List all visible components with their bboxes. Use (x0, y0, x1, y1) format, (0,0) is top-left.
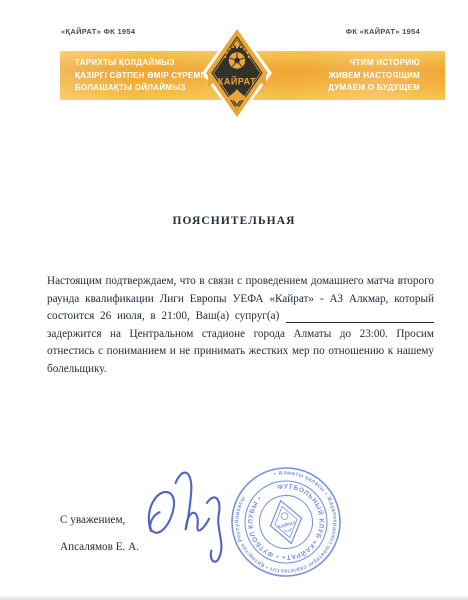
club-crest-icon: КАЙРАТ (202, 25, 272, 121)
slogan-kazakh-line2: ҚАЗІРГІ СӘТПЕН ӨМІР СҮРЕМІЗ (75, 70, 208, 83)
signature-loop-2 (175, 471, 210, 532)
body-line-6: болельщику. (47, 361, 434, 379)
body-line-1: Настоящим подтверждаем, что в связи с пр… (47, 273, 434, 291)
crest-club-name: КАЙРАТ (218, 76, 256, 87)
body-paragraph: Настоящим подтверждаем, что в связи с пр… (47, 273, 434, 379)
stamp-center-emblem: КАЙРАТ (265, 497, 307, 547)
slogan-russian-line3: ДУМАЕМ О БУДУЩЕМ (328, 82, 420, 95)
slogan-kazakh: ТАРИХТЫ ҚОЛДАЙМЫЗ ҚАЗІРГІ СӘТПЕН ӨМІР СҮ… (75, 57, 208, 95)
closing-phrase: С уважением, (60, 514, 125, 526)
slogan-russian: ЧТИМ ИСТОРИЮ ЖИВЕМ НАСТОЯЩИМ ДУМАЕМ О БУ… (328, 57, 420, 95)
handwritten-signature (132, 458, 250, 577)
signature-tail (207, 497, 224, 562)
slogan-russian-line1: ЧТИМ ИСТОРИЮ (328, 57, 420, 70)
slogan-kazakh-line1: ТАРИХТЫ ҚОЛДАЙМЫЗ (75, 57, 208, 70)
body-line-3: состоится 26 июля, в 21:00, Ваш(а) супру… (47, 308, 434, 326)
signature-loop-1 (147, 491, 176, 533)
slogan-kazakh-line3: БОЛАШАҚТЫ ОЙЛАЙМЫЗ (75, 82, 208, 95)
body-line-5: отнестись с пониманием и не принимать же… (47, 343, 434, 361)
body-line-2: раунда квалификации Лиги Европы УЕФА «Ка… (47, 291, 434, 309)
slogan-russian-line2: ЖИВЕМ НАСТОЯЩИМ (328, 70, 420, 83)
club-name-russian: ФК «КАЙРАТ» 1954 (346, 27, 420, 36)
signatory-name: Апсалямов Е. А. (60, 541, 139, 553)
club-name-kazakh: «ҚАЙРАТ» ФК 1954 (61, 27, 135, 36)
football-icon (229, 52, 245, 68)
blank-underline (286, 321, 434, 323)
body-line-3-text: состоится 26 июля, в 21:00, Ваш(а) супру… (47, 308, 279, 326)
document-page: «ҚАЙРАТ» ФК 1954 ФК «КАЙРАТ» 1954 ТАРИХТ… (0, 0, 468, 600)
body-line-4: задержится на Центральном стадионе город… (47, 326, 434, 344)
document-title: ПОЯСНИТЕЛЬНАЯ (0, 215, 468, 227)
